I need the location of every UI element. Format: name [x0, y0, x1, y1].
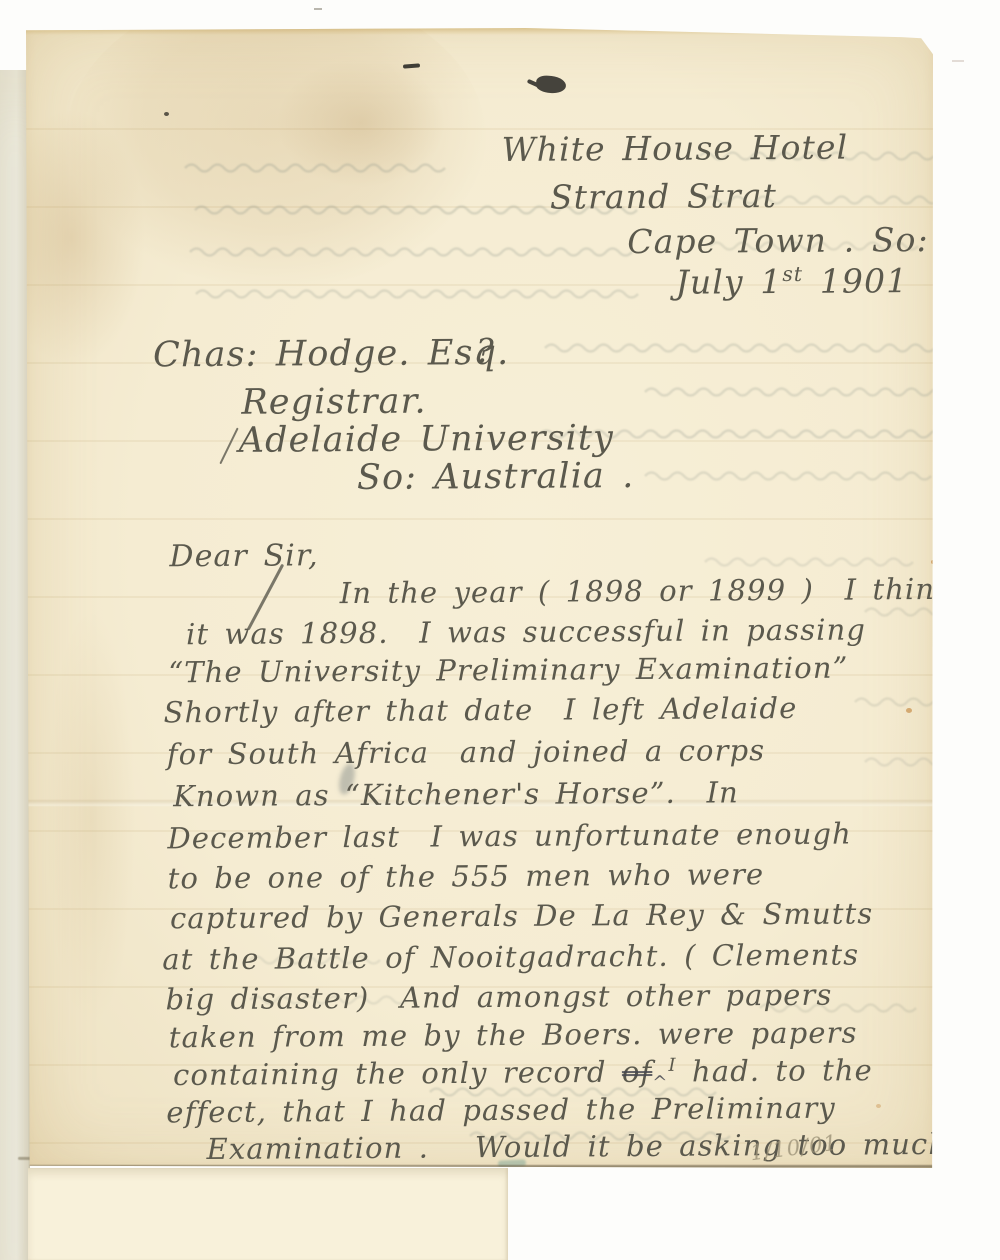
body-line-11: at the Battle of Nooitgadracht. ( Clemen… — [162, 941, 859, 975]
scan-speck — [952, 60, 964, 62]
body-line-5: Shortly after that date I left Adelaide — [163, 694, 797, 727]
body-line-12: big disaster) And amongst other papers — [165, 981, 832, 1015]
body-line-8: December last I was unfortunate enough — [167, 820, 852, 854]
body-line-10: captured by Generals De La Rey & Smutts — [170, 899, 873, 933]
hotel-name: White House Hotel — [502, 131, 849, 166]
underlying-page-bottom — [28, 1168, 508, 1260]
recipient-region: So: Australia . — [357, 459, 635, 496]
letter-sheet: White House HotelStrand StratCape Town .… — [26, 28, 933, 1168]
scan-speck — [314, 8, 322, 10]
body-line-4: “The University Preliminary Examination” — [168, 654, 848, 688]
underlying-page-left-edge — [0, 70, 30, 1260]
date-line: July 1st 1901 — [675, 263, 908, 299]
recipient-institution: Adelaide University — [239, 421, 614, 459]
body-line-15: effect, that I had passed the Preliminar… — [166, 1094, 836, 1128]
scanned-letter-page: White House HotelStrand StratCape Town .… — [0, 0, 1000, 1260]
body-line-6: for South Africa and joined a corps — [167, 736, 766, 769]
city-line: Cape Town . So: Af. — [627, 223, 993, 259]
body-line-2: In the year ( 1898 or 1899 ) I think — [340, 575, 954, 608]
recipient-name: Chas: Hodge. Esq. — [153, 336, 509, 373]
salutation: Dear Sir, — [169, 541, 318, 572]
recipient-title: Registrar. — [241, 385, 427, 421]
body-line-9: to be one of the 555 men who were — [168, 860, 765, 893]
body-line-3: it was 1898. I was successful in passing — [186, 615, 866, 649]
body-line-13: taken from me by the Boers. were papers — [169, 1019, 858, 1053]
handwriting-layer: White House HotelStrand StratCape Town .… — [0, 0, 1000, 1260]
body-line-14: containing the only record of^I had. to … — [173, 1055, 873, 1095]
street-line: Strand Strat — [550, 179, 777, 214]
body-line-16: Examination . Would it be asking too muc… — [207, 1130, 959, 1164]
body-line-7: Known as “Kitchener's Horse”. In — [173, 778, 739, 811]
recipient-query-mark: ? — [476, 334, 495, 367]
